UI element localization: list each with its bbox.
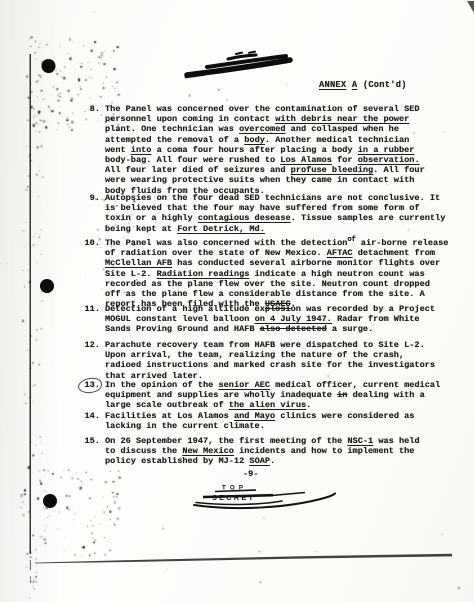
paragraph-8: 8.The Panel was concerned over the conta…	[82, 104, 425, 196]
text-line: Autopsies on the four dead SED technicia…	[105, 193, 445, 203]
emphasized-text: in	[337, 390, 347, 400]
text-line: were wearing protective suits when they …	[105, 175, 425, 185]
text-line: MOGUL constant level balloon on 4 July 1…	[105, 314, 435, 324]
text-line: off as the plane flew a considerable dis…	[105, 289, 448, 299]
text-segment: radioed instructions and marked crash si…	[105, 360, 435, 370]
text-line: Sands Proving Ground and HAFB also detec…	[105, 324, 435, 334]
stamp-word-secret: SECRET	[212, 493, 255, 502]
text-line: Parachute recovery team from HAFB were d…	[105, 340, 435, 350]
text-segment: is believed that the four may have suffe…	[105, 203, 420, 213]
inserted-word: of	[347, 236, 355, 244]
paragraph-number: 9.	[82, 193, 100, 234]
text-segment: Upon arrival, the team, realizing the na…	[105, 350, 404, 360]
text-line: personnel upon coming in contact with de…	[105, 114, 425, 124]
text-line: policy established by MJ-12 SOAP.	[105, 456, 420, 466]
text-segment: and collasped when he	[286, 124, 399, 134]
emphasized-text: the alien virus	[229, 400, 306, 410]
emphasized-text: contagious desease	[198, 213, 291, 223]
emphasized-text: overcomed	[239, 124, 285, 134]
text-segment: equipment and supplies are wholly inadeq…	[105, 390, 337, 400]
paragraph-number: 14.	[82, 411, 100, 431]
text-line: Upon arrival, the team, realizing the na…	[105, 350, 435, 360]
text-segment: a surge.	[327, 324, 373, 334]
text-segment: Detection of a high altitude explosion w…	[105, 304, 435, 314]
emphasized-text: and Mayo	[234, 411, 275, 421]
paragraph-lines: The Panel was also concerned with the de…	[105, 238, 448, 309]
text-segment: a coma four hours after placing a body	[151, 145, 357, 155]
emphasized-text: with debris near the power	[275, 114, 409, 124]
paragraph-9: 9.Autopsies on the four dead SED technic…	[82, 193, 445, 234]
paragraph-11: 11.Detection of a high altitude explosio…	[82, 304, 435, 335]
paragraph-12: 12.Parachute recovery team from HAFB wer…	[82, 340, 435, 381]
emphasized-text: AFTAC	[327, 248, 353, 258]
hole-punch-dot	[43, 494, 57, 508]
text-segment: large scale outbreak of	[105, 400, 229, 410]
paragraph-number: 13.	[82, 380, 100, 411]
handwritten-circle-mark	[77, 377, 103, 394]
text-line: All four later died of seizures and prof…	[105, 165, 425, 175]
text-line: being kept at Fort Detrick, Md.	[105, 224, 445, 234]
text-segment: was held	[373, 436, 419, 446]
scanned-document-page: ANNEX A (Cont'd) 8.The Panel was concern…	[0, 0, 474, 602]
paragraph-lines: Autopsies on the four dead SED technicia…	[105, 193, 445, 234]
paragraph-lines: Facilities at Los Alamos and Mayo clinic…	[105, 411, 414, 431]
emphasized-text: McClellan AFB	[105, 258, 172, 268]
text-segment: All four later died of seizures and	[105, 165, 291, 175]
page-number: -9-	[243, 469, 258, 479]
text-segment: .	[306, 400, 311, 410]
paragraph-lines: On 26 September 1947, the first meeting …	[105, 436, 420, 467]
text-segment: (Cont'd)	[357, 80, 406, 90]
text-segment: . Tissue samples are currently	[291, 213, 446, 223]
text-segment: Sands Proving Ground and HAFB	[105, 324, 260, 334]
text-segment: On 26 September 1947, the first meeting …	[105, 436, 347, 446]
text-segment: Site L-2.	[105, 269, 157, 279]
text-segment: air-borne release	[356, 238, 449, 248]
text-line: The Panel was concerned over the contami…	[105, 104, 425, 114]
text-line: The Panel was also concerned with the de…	[105, 238, 448, 248]
text-line: body-bag. All four were rushed to Los Al…	[105, 155, 425, 165]
text-segment: .	[270, 456, 275, 466]
text-segment: clinics were considered as	[275, 411, 414, 421]
emphasized-text: Radiation readings	[157, 269, 250, 279]
text-segment: being kept at	[105, 224, 177, 234]
text-line: McClellan AFB has conducted several airb…	[105, 258, 448, 268]
emphasized-text: ANNEX	[319, 80, 346, 90]
emphasized-text: NSC-1	[347, 436, 373, 446]
emphasized-text: New Mexico	[182, 446, 234, 456]
text-line: to discuss the New Mexico incidents and …	[105, 446, 420, 456]
emphasized-text: body	[244, 135, 265, 145]
paragraph-number: 8.	[82, 104, 100, 196]
emphasized-text: in a rubber	[358, 145, 415, 155]
paragraph-10: 10.The Panel was also concerned with the…	[82, 238, 448, 309]
text-segment: were wearing protective suits when they …	[105, 175, 414, 185]
text-segment: has conducted several airborne monitor f…	[172, 258, 440, 268]
text-segment: Radar from White	[332, 314, 420, 324]
text-segment: The Panel was also concerned with the de…	[105, 238, 347, 248]
hole-punch-dot	[40, 279, 54, 293]
hole-punch-dot	[42, 59, 56, 73]
paragraph-lines: In the opinion of the senior AEC medical…	[105, 380, 440, 411]
emphasized-text: SOAP	[249, 456, 270, 466]
paragraph-lines: Parachute recovery team from HAFB were d…	[105, 340, 435, 381]
text-segment: incidents and how to implement the	[234, 446, 415, 456]
text-line: is believed that the four may have suffe…	[105, 203, 445, 213]
paragraph-lines: The Panel was concerned over the contami…	[105, 104, 425, 196]
text-segment: of radiation over the state of New Mexic…	[105, 248, 327, 258]
text-line: recorded as the plane flew over the site…	[105, 279, 448, 289]
text-segment: Parachute recovery team from HAFB were d…	[105, 340, 425, 350]
text-line: Detection of a high altitude explosion w…	[105, 304, 435, 314]
text-segment: In the opinion of the	[105, 380, 218, 390]
emphasized-text: into	[131, 145, 152, 155]
paragraph-15: 15.On 26 September 1947, the first meeti…	[82, 436, 420, 467]
stamp-word-top: T O P	[222, 485, 244, 492]
emphasized-text: Los Alamos	[280, 155, 332, 165]
text-segment: plant. One technician was	[105, 124, 239, 134]
text-segment: recorded as the plane flew over the site…	[105, 279, 430, 289]
text-segment: for	[332, 155, 358, 165]
emphasized-text: Fort Detrick, Md.	[177, 224, 265, 234]
text-segment: medical officer, current medical	[270, 380, 440, 390]
text-segment: off as the plane flew a considerable dis…	[105, 289, 425, 299]
text-segment: policy established by MJ-12	[105, 456, 249, 466]
corner-mark	[467, 1, 474, 13]
emphasized-text: profuse bleeding	[291, 165, 374, 175]
text-segment: body-bag. All four were rushed to	[105, 155, 280, 165]
emphasized-text: senior AEC	[218, 380, 270, 390]
text-segment: dealing with a	[347, 390, 424, 400]
text-line: went into a coma four hours after placin…	[105, 145, 425, 155]
text-segment: Facilities at Los Alamos	[105, 411, 234, 421]
emphasized-text: on 4 July 1947.	[255, 314, 332, 324]
obliterated-stamp	[186, 52, 290, 77]
text-line: On 26 September 1947, the first meeting …	[105, 436, 420, 446]
text-line: of radiation over the state of New Mexic…	[105, 248, 448, 258]
text-segment: MOGUL constant level balloon	[105, 314, 255, 324]
paragraph-number: 15.	[82, 436, 100, 467]
paragraph-number: 10.	[82, 238, 100, 309]
text-segment: attempted the removal of a	[105, 135, 244, 145]
bottom-scan-line	[35, 554, 452, 564]
text-line: In the opinion of the senior AEC medical…	[105, 380, 440, 390]
text-line: Site L-2. Radiation readings indicate a …	[105, 269, 448, 279]
text-segment: went	[105, 145, 131, 155]
text-segment: Autopsies on the four dead SED technicia…	[105, 193, 440, 203]
text-line: toxin or a highly contagious desease. Ti…	[105, 213, 445, 223]
annex-header: ANNEX A (Cont'd)	[319, 80, 407, 90]
text-segment: indicate a high neutron count was	[249, 269, 424, 279]
text-segment: toxin or a highly	[105, 213, 198, 223]
paragraph-13: 13.In the opinion of the senior AEC medi…	[82, 380, 440, 411]
text-segment: . Another medical technician	[265, 135, 409, 145]
text-segment: The Panel was concerned over the contami…	[105, 104, 420, 114]
paragraph-14: 14.Facilities at Los Alamos and Mayo cli…	[82, 411, 414, 431]
text-line: plant. One technician was overcomed and …	[105, 124, 425, 134]
text-line: equipment and supplies are wholly inadeq…	[105, 390, 440, 400]
paragraph-number: 12.	[82, 340, 100, 381]
text-segment: lacking in the current climate.	[105, 421, 265, 431]
paragraph-lines: Detection of a high altitude explosion w…	[105, 304, 435, 335]
text-segment: detachment from	[353, 248, 436, 258]
text-segment: to discuss the	[105, 446, 182, 456]
top-secret-stamp: T O P SECRET	[194, 485, 335, 509]
left-edge-line	[30, 54, 32, 554]
emphasized-text: also detected	[260, 324, 327, 334]
text-segment: . All four	[373, 165, 425, 175]
paragraph-number: 11.	[82, 304, 100, 335]
text-line: large scale outbreak of the alien virus.	[105, 400, 440, 410]
emphasized-text: observation.	[358, 155, 420, 165]
text-line: lacking in the current climate.	[105, 421, 414, 431]
text-segment: personnel upon coming in contact	[105, 114, 275, 124]
text-line: radioed instructions and marked crash si…	[105, 360, 435, 370]
text-line: Facilities at Los Alamos and Mayo clinic…	[105, 411, 414, 421]
text-line: attempted the removal of a body. Another…	[105, 135, 425, 145]
